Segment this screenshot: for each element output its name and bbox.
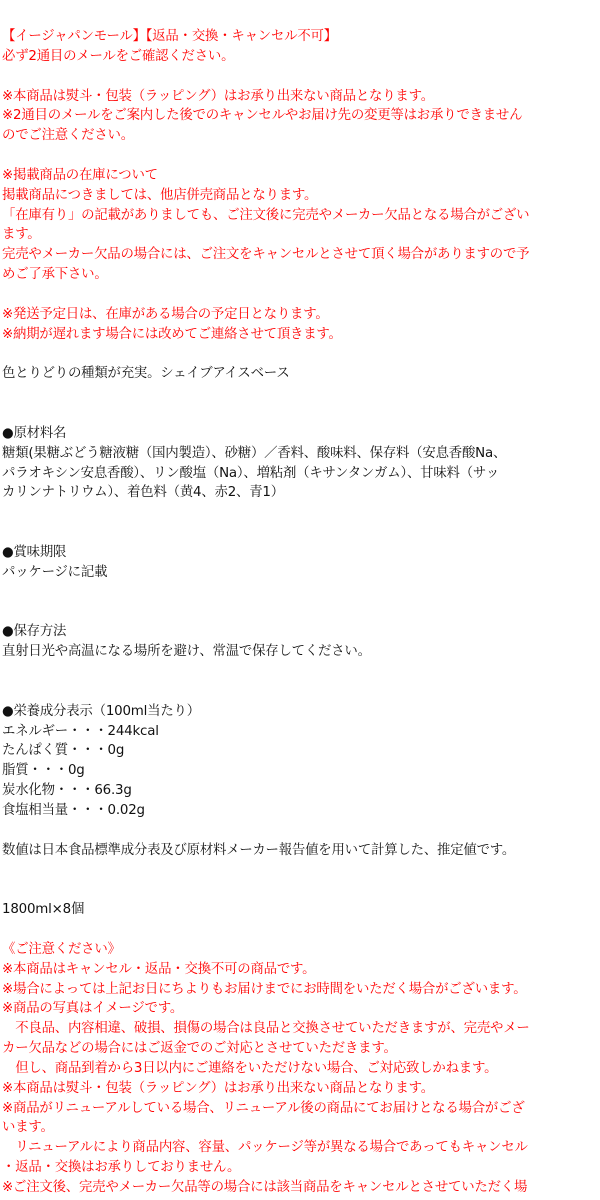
nutrition-value: 0g bbox=[68, 763, 85, 778]
caution-line: 不良品、内容相違、破損、損傷の場合は良品と交換させていただきますが、完売やメー bbox=[2, 1019, 598, 1039]
caution-line: ※商品の写真はイメージです。 bbox=[2, 999, 598, 1019]
spacer bbox=[2, 146, 598, 166]
spacer bbox=[2, 880, 598, 900]
nutrition-separator: ・・・ bbox=[68, 743, 108, 758]
spacer bbox=[2, 602, 598, 622]
caution-line: リニューアルにより商品内容、容量、パッケージ等が異なる場合であってもキャンセル bbox=[2, 1138, 598, 1158]
product-description-document: 【イージャパンモール】【返品・交換・キャンセル不可】 必ず2通目のメールをご確認… bbox=[2, 27, 598, 1198]
best-before-heading: ●賞味期限 bbox=[2, 543, 598, 563]
ingredients-line: 糖類(果糖ぶどう糖液糖（国内製造）、砂糖）／香料、酸味料、保存料（安息香酸Na、 bbox=[2, 444, 598, 464]
caution-line: ※ご注文後、完売やメーカー欠品等の場合には該当商品をキャンセルとさせていただく場 bbox=[2, 1178, 598, 1198]
spacer bbox=[2, 860, 598, 880]
spacer bbox=[2, 285, 598, 305]
spacer bbox=[2, 404, 598, 424]
nutrition-label: 脂質 bbox=[2, 763, 28, 778]
shop-notice-label: 【イージャパンモール】【返品・交換・キャンセル不可】 bbox=[2, 27, 598, 47]
nutrition-value: 0.02g bbox=[108, 803, 145, 818]
ingredients-heading: ●原材料名 bbox=[2, 424, 598, 444]
nutrition-value: 244kcal bbox=[108, 724, 159, 739]
spacer bbox=[2, 67, 598, 87]
storage-heading: ●保存方法 bbox=[2, 622, 598, 642]
spacer bbox=[2, 384, 598, 404]
spacer bbox=[2, 821, 598, 841]
cancel-change-notice-line: のでご注意ください。 bbox=[2, 126, 598, 146]
nutrition-row-protein: たんぱく質・・・0g bbox=[2, 741, 598, 761]
nutrition-separator: ・・・ bbox=[55, 783, 95, 798]
shipping-date-notice: ※発送予定日は、在庫がある場合の予定日となります。 bbox=[2, 305, 598, 325]
caution-line: ※場合によっては上記お日にちよりもお届けまでにお時間をいただく場合がございます。 bbox=[2, 980, 598, 1000]
nutrition-label: エネルギー bbox=[2, 724, 68, 739]
stock-notice-line: ます。 bbox=[2, 225, 598, 245]
nutrition-row-energy: エネルギー・・・244kcal bbox=[2, 722, 598, 742]
caution-line: ※本商品は熨斗・包装（ラッピング）はお承り出来ない商品となります。 bbox=[2, 1079, 598, 1099]
nutrition-footnote: 数値は日本食品標準成分表及び原材料メーカー報告値を用いて計算した、推定値です。 bbox=[2, 841, 598, 861]
nutrition-row-carbohydrate: 炭水化物・・・66.3g bbox=[2, 781, 598, 801]
ingredients-line: カリンナトリウム）、着色料（黄4、赤2、青1） bbox=[2, 483, 598, 503]
nutrition-heading: ●栄養成分表示（100ml当たり） bbox=[2, 702, 598, 722]
storage-value: 直射日光や高温になる場所を避け、常温で保存してください。 bbox=[2, 642, 598, 662]
spacer bbox=[2, 583, 598, 603]
stock-notice-line: 「在庫有り」の記載がありましても、ご注文後に完売やメーカー欠品となる場合がござい bbox=[2, 206, 598, 226]
stock-notice-line: 掲載商品につきましては、他店併売商品となります。 bbox=[2, 186, 598, 206]
nutrition-row-fat: 脂質・・・0g bbox=[2, 761, 598, 781]
caution-line: ・返品・交換はお承りしておりません。 bbox=[2, 1158, 598, 1178]
nutrition-label: たんぱく質 bbox=[2, 743, 68, 758]
delivery-delay-notice: ※納期が遅れます場合には改めてご連絡させて頂きます。 bbox=[2, 325, 598, 345]
wrapping-notice-line: ※本商品は熨斗・包装（ラッピング）はお承り出来ない商品となります。 bbox=[2, 87, 598, 107]
nutrition-label: 炭水化物 bbox=[2, 783, 55, 798]
caution-line: ※商品がリニューアルしている場合、リニューアル後の商品にてお届けとなる場合がござ bbox=[2, 1099, 598, 1119]
cancel-change-notice-line: ※2通目のメールをご案内した後でのキャンセルやお届け先の変更等はお承りできません bbox=[2, 106, 598, 126]
caution-line: ※本商品はキャンセル・返品・交換不可の商品です。 bbox=[2, 960, 598, 980]
nutrition-label: 食塩相当量 bbox=[2, 803, 68, 818]
caution-heading: 《ご注意ください》 bbox=[2, 940, 598, 960]
stock-notice-line: 完売やメーカー欠品の場合には、ご注文をキャンセルとさせて頂く場合がありますので予 bbox=[2, 245, 598, 265]
ingredients-line: パラオキシン安息香酸）、リン酸塩（Na）、増粘剤（キサンタンガム）、甘味料（サッ bbox=[2, 464, 598, 484]
stock-notice-line: めご了承下さい。 bbox=[2, 265, 598, 285]
spacer bbox=[2, 503, 598, 523]
caution-line: カー欠品などの場合にはご返金でのご対応とさせていただきます。 bbox=[2, 1039, 598, 1059]
caution-line: います。 bbox=[2, 1118, 598, 1138]
spacer bbox=[2, 345, 598, 365]
email-check-notice: 必ず2通目のメールをご確認ください。 bbox=[2, 47, 598, 67]
best-before-value: パッケージに記載 bbox=[2, 563, 598, 583]
package-size: 1800ml×8個 bbox=[2, 900, 598, 920]
spacer bbox=[2, 662, 598, 682]
nutrition-row-salt: 食塩相当量・・・0.02g bbox=[2, 801, 598, 821]
stock-notice-title: ※掲載商品の在庫について bbox=[2, 166, 598, 186]
spacer bbox=[2, 920, 598, 940]
nutrition-value: 0g bbox=[108, 743, 125, 758]
product-description: 色とりどりの種類が充実。シェイブアイスベース bbox=[2, 364, 598, 384]
nutrition-value: 66.3g bbox=[94, 783, 131, 798]
nutrition-separator: ・・・ bbox=[68, 724, 108, 739]
spacer bbox=[2, 682, 598, 702]
spacer bbox=[2, 523, 598, 543]
caution-line: 但し、商品到着から3日以内にご連絡をいただけない場合、ご対応致しかねます。 bbox=[2, 1059, 598, 1079]
nutrition-separator: ・・・ bbox=[68, 803, 108, 818]
nutrition-separator: ・・・ bbox=[28, 763, 68, 778]
